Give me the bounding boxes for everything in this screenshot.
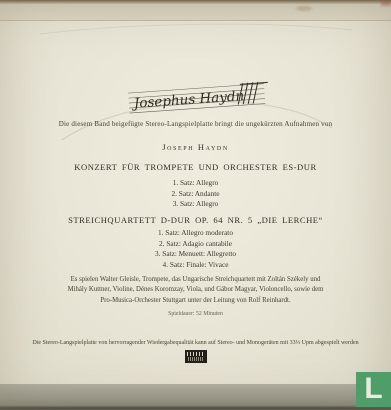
sleeve-top-band (0, 4, 391, 21)
movement-line: 3. Satz: Menuett: Allegretto (0, 249, 391, 260)
record-label-stamp-icon (185, 350, 207, 363)
movement-list-string-quartet: 1. Satz: Allegro moderato 2. Satz: Adagi… (0, 228, 391, 271)
movement-list-trumpet-concerto: 1. Satz: Allegro 2. Satz: Andante 3. Sat… (0, 178, 391, 210)
performers-line: Mihály Kuttner, Violine, Dénes Koromzay,… (0, 285, 391, 295)
performers-line: Es spielen Walter Gleisle, Trompete, das… (0, 275, 391, 285)
movement-line: 3. Satz: Allegro (0, 199, 391, 210)
intro-line: Die diesem Band beigefügte Stereo-Langsp… (0, 120, 391, 128)
movement-line: 1. Satz: Allegro (0, 178, 391, 189)
performers-line: Pro-Musica-Orchester Stuttgart unter der… (0, 296, 391, 306)
movement-line: 1. Satz: Allegro moderato (0, 228, 391, 239)
composer-name: Joseph Haydn (0, 142, 391, 152)
album-back-cover-photo: Josephus Haydn Die diesem Band beigefügt… (0, 0, 391, 410)
movement-line: 4. Satz: Finale: Vivace (0, 260, 391, 271)
playback-note: Die Stereo-Langspielplatte von hervorrag… (0, 340, 391, 346)
performers-paragraph: Es spielen Walter Gleisle, Trompete, das… (0, 275, 391, 306)
duration-line: Spieldauer: 52 Minuten (0, 311, 391, 317)
movement-line: 2. Satz: Andante (0, 189, 391, 200)
watermark-l-logo: L (356, 372, 391, 407)
movement-line: 2. Satz: Adagio cantabile (0, 239, 391, 250)
photo-bottom-band (0, 384, 391, 410)
work-title-trumpet-concerto: KONZERT FÜR TROMPETE UND ORCHESTER ES-DU… (0, 162, 391, 172)
watermark-letter: L (364, 374, 382, 404)
work-title-string-quartet: STREICHQUARTETT D-DUR OP. 64 NR. 5 „DIE … (0, 215, 391, 225)
